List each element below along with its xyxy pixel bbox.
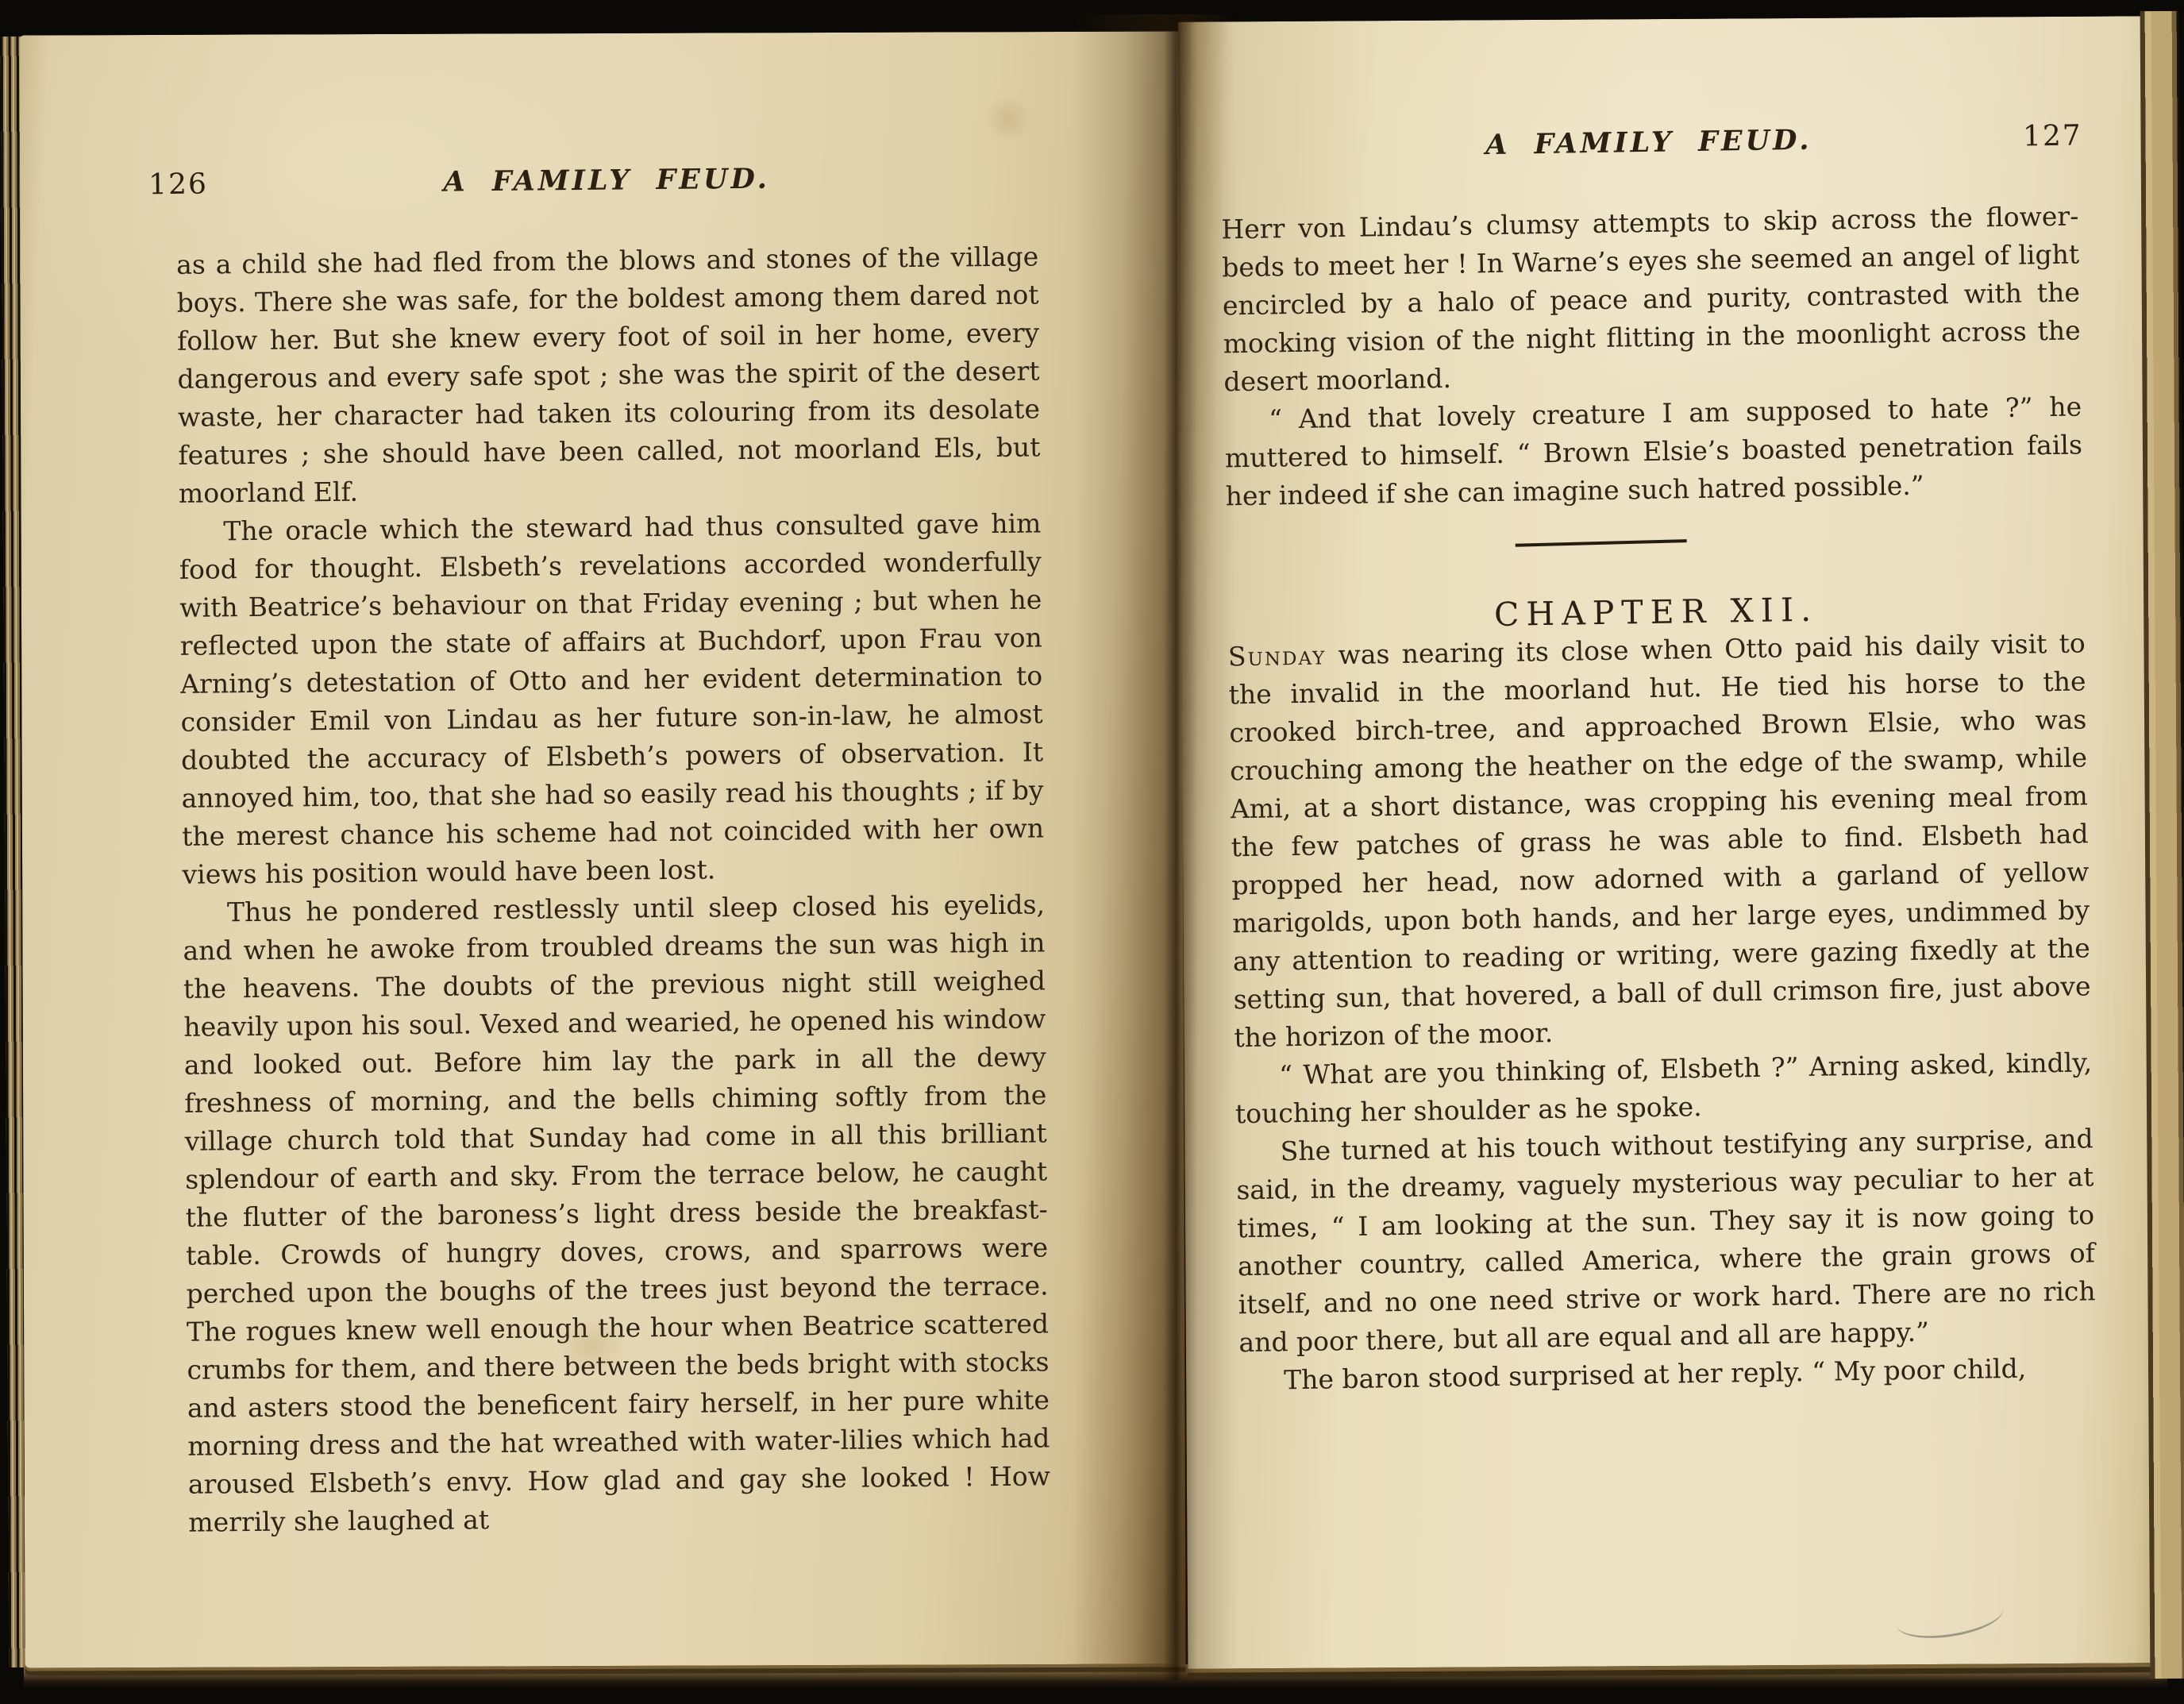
page-number-right: 127 [2023,119,2082,152]
running-head-left: 126 A FAMILY FEUD. [175,160,1038,209]
running-title-right: A FAMILY FEUD. [1485,124,1812,161]
page-right-content: A FAMILY FEUD. 127 Herr von Lindau’s clu… [1220,119,2097,1400]
chapter-lead-word: Sunday [1228,639,1327,672]
paragraph: She turned at his touch without testifyi… [1235,1120,2096,1362]
book-scan: 126 A FAMILY FEUD. as a child she had fl… [0,0,2184,1704]
paragraph: The oracle which the steward had thus co… [179,504,1045,893]
paragraph-chapter-first: Sunday was nearing its close when Otto p… [1228,624,2092,1057]
running-title-left: A FAMILY FEUD. [443,163,770,199]
page-left-content: 126 A FAMILY FEUD. as a child she had fl… [175,160,1051,1541]
paragraph: “ And that lovely creature I am supposed… [1224,387,2083,515]
section-divider [1516,539,1687,547]
paragraph: Thus he pondered restlessly until sleep … [183,885,1051,1541]
paragraph: Herr von Lindau’s clumsy attempts to ski… [1221,197,2082,401]
page-edge-stack-bottom [24,1664,2167,1688]
page-left: 126 A FAMILY FEUD. as a child she had fl… [19,31,1185,1667]
chapter-first-text: was nearing its close when Otto paid his… [1228,627,2091,1053]
page-right: A FAMILY FEUD. 127 Herr von Lindau’s clu… [1178,16,2154,1668]
running-head-right: A FAMILY FEUD. 127 [1220,119,2078,174]
page-number-left: 126 [148,168,208,201]
paragraph: “ What are you thinking of, Elsbeth ?” A… [1235,1043,2093,1133]
paragraph: as a child she had fled from the blows a… [176,237,1041,512]
